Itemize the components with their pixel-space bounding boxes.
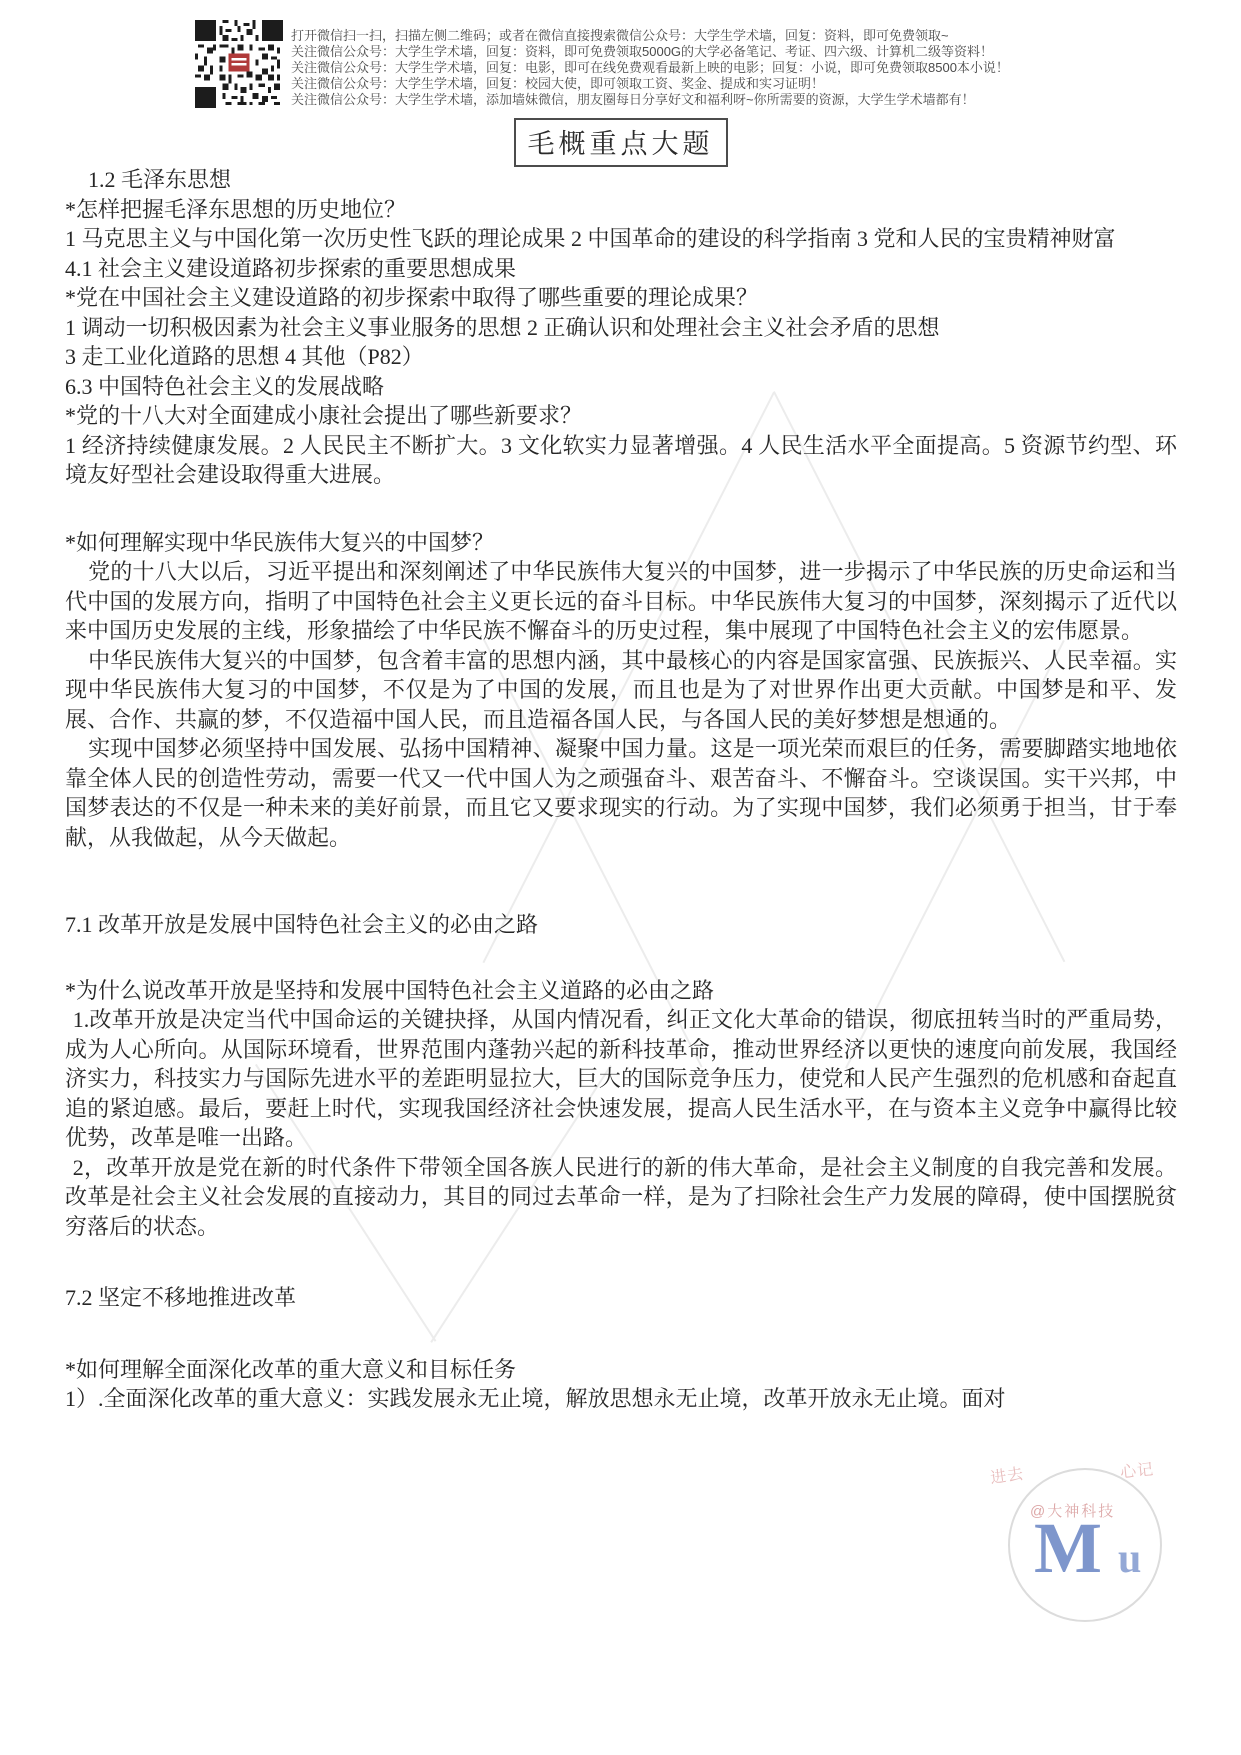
section-heading: 6.3 中国特色社会主义的发展战略 [65, 372, 1177, 402]
answer-paragraph: 2，改革开放是党在新的时代条件下带领全国各族人民进行的新的伟大革命，是社会主义制… [65, 1153, 1177, 1242]
section-heading: 1.2 毛泽东思想 [65, 165, 1177, 195]
promo-line: 关注微信公众号：大学生学术墙，回复：电影，即可在线免费观看最新上映的电影；回复：… [291, 60, 1009, 76]
watermark-letter-m: M [1034, 1512, 1102, 1584]
question: *怎样把握毛泽东思想的历史地位？ [65, 195, 1177, 225]
document-body: 1.2 毛泽东思想 *怎样把握毛泽东思想的历史地位？ 1 马克思主义与中国化第一… [65, 165, 1177, 1414]
promo-line: 打开微信扫一扫，扫描左侧二维码；或者在微信直接搜索微信公众号：大学生学术墙，回复… [291, 28, 1009, 44]
question: *党的十八大对全面建成小康社会提出了哪些新要求？ [65, 401, 1177, 431]
question: *如何理解全面深化改革的重大意义和目标任务 [65, 1355, 1177, 1385]
answer-paragraph: 党的十八大以后，习近平提出和深刻阐述了中华民族伟大复兴的中国梦，进一步揭示了中华… [65, 557, 1177, 646]
answer-paragraph: 1.改革开放是决定当代中国命运的关键抉择，从国内情况看，纠正文化大革命的错误，彻… [65, 1005, 1177, 1153]
qr-center-logo [228, 53, 249, 71]
page-title: 毛概重点大题 [514, 118, 728, 167]
answer-paragraph: 1 经济持续健康发展。2 人民民主不断扩大。3 文化软实力显著增强。4 人民生活… [65, 431, 1177, 490]
promo-line: 关注微信公众号：大学生学术墙，添加墙妹微信，朋友圈每日分享好文和福利呀~你所需要… [291, 92, 1009, 108]
watermark-letter-u: u [1118, 1538, 1141, 1580]
answer-paragraph: 1 马克思主义与中国化第一次历史性飞跃的理论成果 2 中国革命的建设的科学指南 … [65, 224, 1177, 254]
section-heading: 7.2 坚定不移地推进改革 [65, 1283, 1177, 1313]
answer-paragraph: 实现中国梦必须坚持中国发展、弘扬中国精神、凝聚中国力量。这是一项光荣而艰巨的任务… [65, 734, 1177, 852]
answer-paragraph: 1）.全面深化改革的重大意义：实践发展永无止境，解放思想永无止境，改革开放永无止… [65, 1384, 1177, 1414]
section-heading: 7.1 改革开放是发展中国特色社会主义的必由之路 [65, 910, 1177, 940]
watermark-side-text: 进去 [989, 1461, 1026, 1489]
question: *为什么说改革开放是坚持和发展中国特色社会主义道路的必由之路 [65, 976, 1177, 1006]
watermark-side-text: 心记 [1119, 1456, 1155, 1482]
wechat-qr-code-icon [195, 20, 283, 108]
title-row: 毛概重点大题 [0, 118, 1241, 167]
promo-line: 关注微信公众号：大学生学术墙，回复：资料，即可免费领取5000G的大学必备笔记、… [291, 44, 1009, 60]
section-heading: 4.1 社会主义建设道路初步探索的重要思想成果 [65, 254, 1177, 284]
header-promo: 打开微信扫一扫，扫描左侧二维码；或者在微信直接搜索微信公众号：大学生学术墙，回复… [195, 20, 1009, 108]
question: *党在中国社会主义建设道路的初步探索中取得了哪些重要的理论成果？ [65, 283, 1177, 313]
document-page: 打开微信扫一扫，扫描左侧二维码；或者在微信直接搜索微信公众号：大学生学术墙，回复… [0, 0, 1241, 1755]
answer-paragraph: 中华民族伟大复兴的中国梦，包含着丰富的思想内涵，其中最核心的内容是国家富强、民族… [65, 646, 1177, 735]
answer-paragraph: 3 走工业化道路的思想 4 其他（P82） [65, 342, 1177, 372]
question: *如何理解实现中华民族伟大复兴的中国梦？ [65, 528, 1177, 558]
answer-paragraph: 1 调动一切积极因素为社会主义事业服务的思想 2 正确认识和处理社会主义社会矛盾… [65, 313, 1177, 343]
header-promo-lines: 打开微信扫一扫，扫描左侧二维码；或者在微信直接搜索微信公众号：大学生学术墙，回复… [291, 20, 1009, 108]
promo-line: 关注微信公众号：大学生学术墙，回复：校园大使，即可领取工资、奖金、提成和实习证明… [291, 76, 1009, 92]
